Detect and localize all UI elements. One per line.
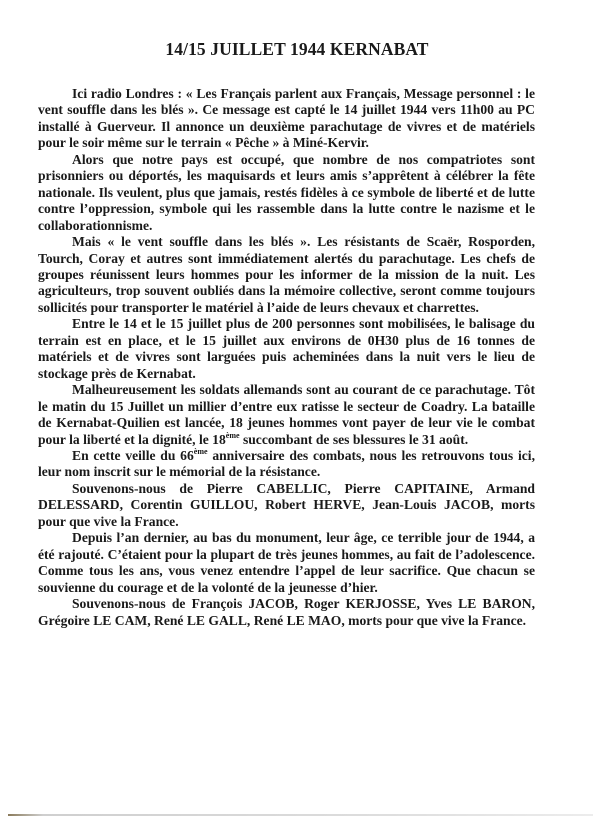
paragraph-battle: Malheureusement les soldats allemands so… [38,382,535,448]
paragraph-remembrance-names-1: Souvenons-nous de Pierre CABELLIC, Pierr… [38,481,535,530]
paragraph-remembrance-names-2: Souvenons-nous de François JACOB, Roger … [38,596,535,629]
paragraph-occupation: Alors que notre pays est occupé, que nom… [38,152,535,234]
paragraph-parachute-drop: Entre le 14 et le 15 juillet plus de 200… [38,316,535,382]
document-page: 14/15 JUILLET 1944 KERNABAT Ici radio Lo… [0,0,594,815]
ordinal-superscript: ème [226,431,240,440]
page-bottom-edge [8,814,593,816]
anniversary-text-before: En cette veille du 66 [72,448,194,463]
paragraph-anniversary: En cette veille du 66ème anniversaire de… [38,448,535,481]
document-body: Ici radio Londres : « Les Français parle… [38,86,535,629]
ordinal-superscript: ème [194,447,208,456]
battle-text-after: succombant de ses blessures le 31 août. [240,432,469,447]
paragraph-resistants-alerted: Mais « le vent souffle dans les blés ». … [38,234,535,316]
paragraph-monument: Depuis l’an dernier, au bas du monument,… [38,530,535,596]
document-title: 14/15 JUILLET 1944 KERNABAT [0,39,594,60]
paragraph-radio-londres: Ici radio Londres : « Les Français parle… [38,86,535,152]
